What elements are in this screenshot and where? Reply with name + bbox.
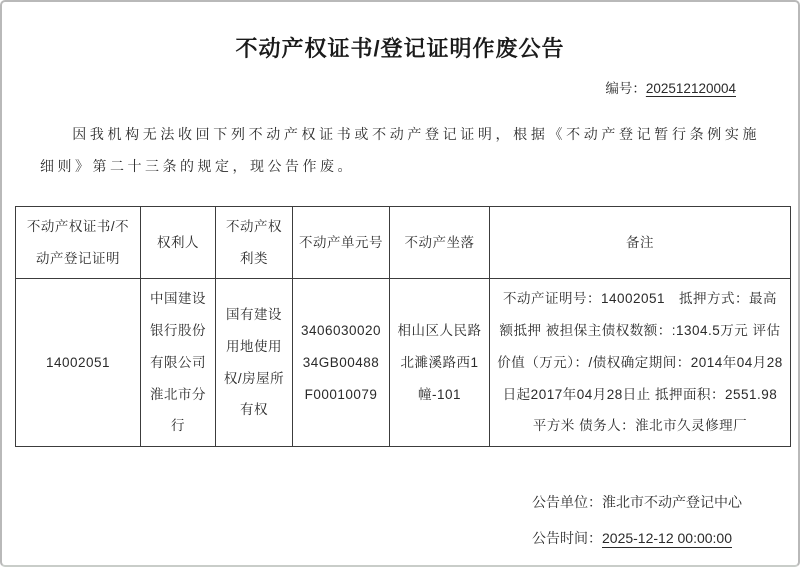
table-header-row: 不动产权证书/不动产登记证明 权利人 不动产权利类 不动产单元号 不动产坐落 备… [16, 207, 791, 279]
table-row: 14002051 中国建设银行股份有限公司淮北市分行 国有建设用地使用权/房屋所… [16, 279, 791, 447]
footer-block: 公告单位：淮北市不动产登记中心 公告时间：2025-12-12 00:00:00 [532, 485, 742, 556]
cell-right-type: 国有建设用地使用权/房屋所有权 [216, 279, 293, 447]
footer-time-value: 2025-12-12 00:00:00 [602, 530, 732, 546]
footer-time-label: 公告时间： [532, 530, 602, 546]
col-header-remark: 备注 [490, 207, 791, 279]
notice-footer: 公告单位：淮北市不动产登记中心 公告时间：2025-12-12 00:00:00 [2, 485, 798, 556]
footer-unit-label: 公告单位： [532, 494, 602, 510]
table-body: 14002051 中国建设银行股份有限公司淮北市分行 国有建设用地使用权/房屋所… [16, 279, 791, 447]
cell-certificate-no: 14002051 [16, 279, 141, 447]
invalidation-table: 不动产权证书/不动产登记证明 权利人 不动产权利类 不动产单元号 不动产坐落 备… [15, 206, 791, 447]
notice-number-value: 202512120004 [646, 81, 736, 96]
notice-body-paragraph: 因我机构无法收回下列不动产权证书或不动产登记证明，根据《不动产登记暂行条例实施细… [40, 119, 760, 182]
footer-unit-line: 公告单位：淮北市不动产登记中心 [532, 485, 742, 521]
col-header-unit-no: 不动产单元号 [293, 207, 390, 279]
cell-holder: 中国建设银行股份有限公司淮北市分行 [141, 279, 216, 447]
col-header-location: 不动产坐落 [390, 207, 490, 279]
footer-time-line: 公告时间：2025-12-12 00:00:00 [532, 521, 742, 557]
cell-unit-no: 340603002034GB00488F00010079 [293, 279, 390, 447]
col-header-holder: 权利人 [141, 207, 216, 279]
notice-page: 不动产权证书/登记证明作废公告 编号：202512120004 因我机构无法收回… [0, 0, 800, 567]
cell-location: 相山区人民路北濉溪路西1幢-101 [390, 279, 490, 447]
table-header: 不动产权证书/不动产登记证明 权利人 不动产权利类 不动产单元号 不动产坐落 备… [16, 207, 791, 279]
notice-number-label: 编号： [605, 81, 646, 96]
cell-remark: 不动产证明号：14002051 抵押方式：最高额抵押 被担保主债权数额：:130… [490, 279, 791, 447]
page-title: 不动产权证书/登记证明作废公告 [2, 32, 798, 63]
notice-number-line: 编号：202512120004 [2, 77, 798, 97]
col-header-right-type: 不动产权利类 [216, 207, 293, 279]
col-header-certificate-no: 不动产权证书/不动产登记证明 [16, 207, 141, 279]
footer-unit-value: 淮北市不动产登记中心 [602, 494, 742, 510]
